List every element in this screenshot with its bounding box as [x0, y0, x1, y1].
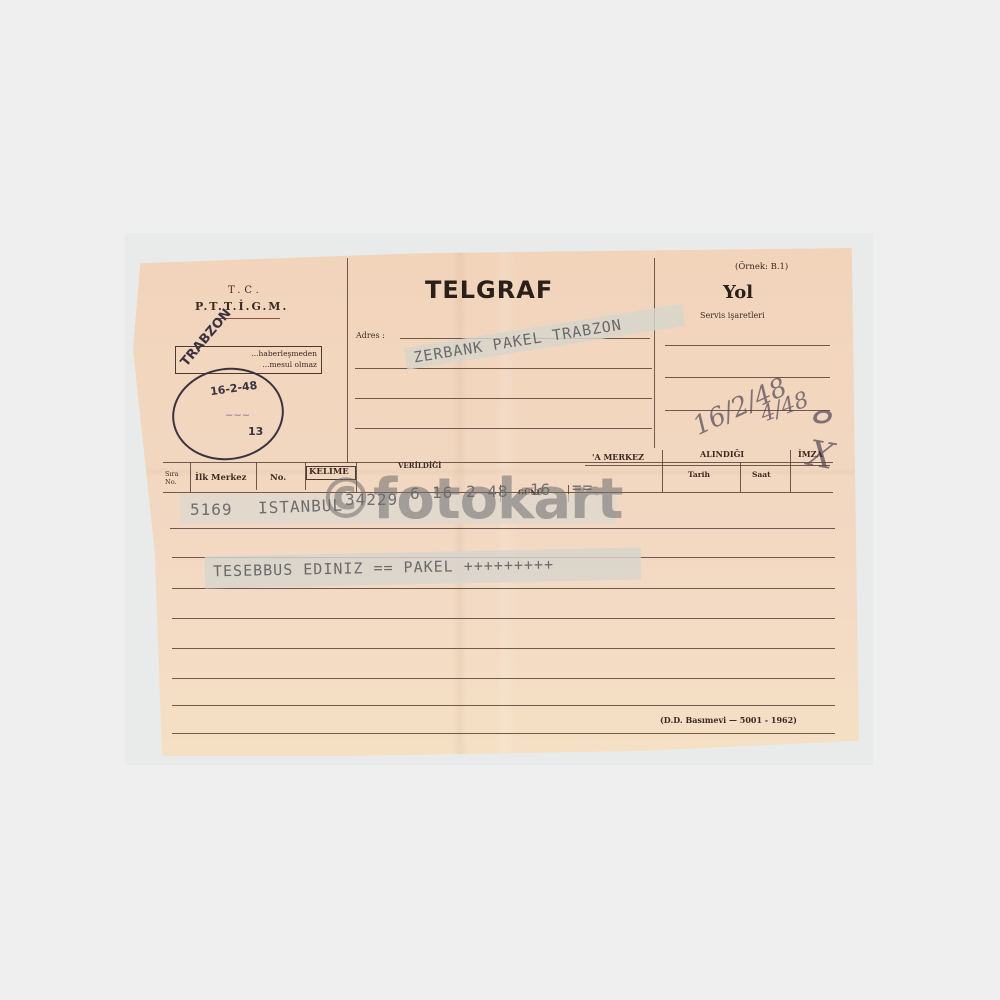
- divider-right: [654, 258, 655, 448]
- tc-label: T.C.: [228, 285, 263, 296]
- col-a-merkez: 'A MERKEZ: [592, 452, 644, 462]
- address-line-3: [355, 398, 652, 399]
- col-sep-2: [256, 462, 257, 490]
- col-ilk-merkez: İlk Merkez: [195, 473, 246, 483]
- msg-line-3: [172, 618, 835, 619]
- msg-line-2: [172, 588, 835, 589]
- msg-line-5: [172, 678, 835, 679]
- org-label: P.T.T.İ.G.M.: [195, 300, 288, 313]
- msg-line-4: [172, 648, 835, 649]
- postmark-number: 13: [248, 425, 263, 438]
- form-code: (Örnek: B.1): [735, 262, 788, 272]
- col-sira-no: Sıra No.: [165, 470, 187, 486]
- col-sep-5: [662, 450, 663, 492]
- divider-left: [347, 258, 348, 463]
- msg-line-6: [172, 705, 835, 706]
- address-line-2: [355, 368, 652, 369]
- col-alindigi: ALINDIĞI: [700, 449, 744, 459]
- watermark: ©fotokart: [318, 472, 623, 528]
- msg-line-7: [172, 733, 835, 734]
- address-line-4: [355, 428, 652, 429]
- servis-line-2: [665, 377, 830, 378]
- notice-line-1: ...haberleşmeden: [251, 349, 317, 358]
- col-imza: İMZA: [798, 449, 823, 459]
- col-tarih: Tarih: [688, 470, 710, 479]
- servis-line-1: [665, 345, 830, 346]
- signature-mark: ⴰ: [810, 395, 832, 429]
- col-sep-6: [740, 462, 741, 492]
- yol-label: Yol: [723, 282, 753, 303]
- postmark-smudge: ~~~: [225, 410, 250, 421]
- table-top-line: [163, 462, 833, 463]
- value-sira: 5169: [190, 500, 233, 519]
- servis-label: Servis işaretleri: [700, 311, 765, 320]
- col-sep-1: [190, 462, 191, 492]
- notice-line-2: ...mesul olmaz: [262, 360, 317, 369]
- telegram-title: TELGRAF: [425, 276, 553, 304]
- col-no: No.: [270, 473, 286, 483]
- adres-label: Adres :: [356, 331, 385, 340]
- alindigi-line: [585, 465, 830, 466]
- printer-footer: (D.D. Basımevi — 5001 - 1962): [660, 715, 797, 725]
- col-sep-7: [790, 450, 791, 492]
- col-saat: Saat: [752, 470, 771, 479]
